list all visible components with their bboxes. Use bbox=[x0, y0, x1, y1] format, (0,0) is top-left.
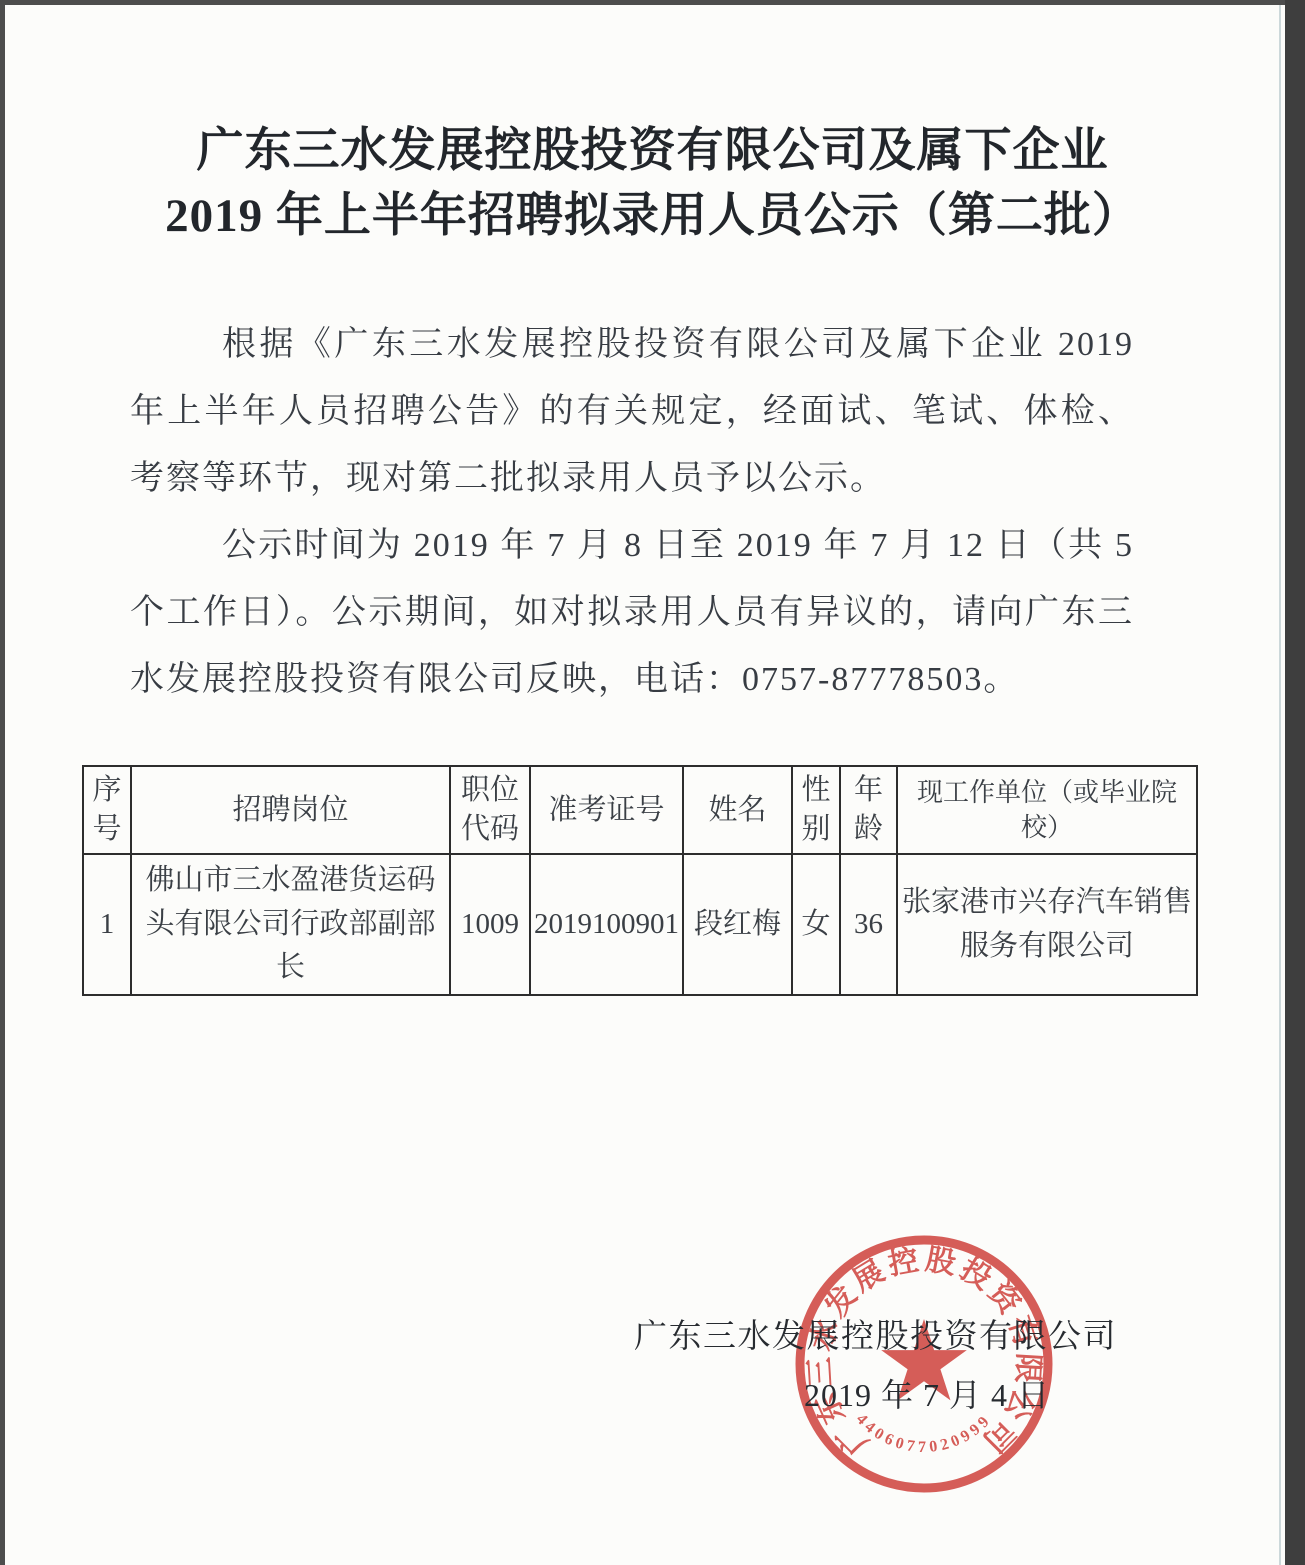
table-row: 1 佛山市三水盈港货运码头有限公司行政部副部长 1009 2019100901 … bbox=[83, 854, 1197, 995]
scan-border-left bbox=[0, 0, 5, 1565]
candidates-table: 序号 招聘岗位 职位代码 准考证号 姓名 性别 年龄 现工作单位（或毕业院校） … bbox=[82, 765, 1198, 996]
scan-border-right bbox=[1285, 0, 1305, 1565]
document-page: 广东三水发展控股投资有限公司及属下企业 2019 年上半年招聘拟录用人员公示（第… bbox=[0, 0, 1305, 1565]
column-header-employer: 现工作单位（或毕业院校） bbox=[897, 766, 1197, 854]
table-header-row: 序号 招聘岗位 职位代码 准考证号 姓名 性别 年龄 现工作单位（或毕业院校） bbox=[83, 766, 1197, 854]
column-header-index: 序号 bbox=[83, 766, 131, 854]
cell-age: 36 bbox=[840, 854, 897, 995]
cell-position: 佛山市三水盈港货运码头有限公司行政部副部长 bbox=[131, 854, 450, 995]
scan-border-top bbox=[0, 0, 1305, 5]
cell-gender: 女 bbox=[792, 854, 840, 995]
cell-index: 1 bbox=[83, 854, 131, 995]
column-header-gender: 性别 bbox=[792, 766, 840, 854]
signature-date: 2019 年 7 月 4 日 bbox=[804, 1370, 1050, 1416]
page-edge-line bbox=[1279, 0, 1281, 1565]
body-text: 根据《广东三水发展控股投资有限公司及属下企业 2019 年上半年人员招聘公告》的… bbox=[130, 311, 1134, 713]
paragraph-2: 公示时间为 2019 年 7 月 8 日至 2019 年 7 月 12 日（共 … bbox=[130, 512, 1134, 713]
column-header-name: 姓名 bbox=[683, 766, 792, 854]
cell-employer: 张家港市兴存汽车销售服务有限公司 bbox=[897, 854, 1197, 995]
company-seal: 广东三水发展控股投资有限公司 4406077020999 bbox=[788, 1228, 1060, 1500]
page-title-line-2: 2019 年上半年招聘拟录用人员公示（第二批） bbox=[40, 184, 1265, 249]
seal-serial: 4406077020999 bbox=[853, 1411, 996, 1456]
column-header-job-code: 职位代码 bbox=[450, 766, 530, 854]
page-title-line-1: 广东三水发展控股投资有限公司及属下企业 bbox=[40, 119, 1265, 184]
column-header-exam-number: 准考证号 bbox=[530, 766, 683, 854]
cell-name: 段红梅 bbox=[683, 854, 792, 995]
cell-job-code: 1009 bbox=[450, 854, 530, 995]
seal-serial-holder: 4406077020999 bbox=[853, 1411, 996, 1456]
signature-company: 广东三水发展控股投资有限公司 bbox=[634, 1310, 1117, 1357]
paragraph-1: 根据《广东三水发展控股投资有限公司及属下企业 2019 年上半年人员招聘公告》的… bbox=[130, 311, 1134, 512]
column-header-age: 年龄 bbox=[840, 766, 897, 854]
page-title: 广东三水发展控股投资有限公司及属下企业 2019 年上半年招聘拟录用人员公示（第… bbox=[40, 119, 1265, 249]
cell-exam-number: 2019100901 bbox=[530, 854, 683, 995]
column-header-position: 招聘岗位 bbox=[131, 766, 450, 854]
